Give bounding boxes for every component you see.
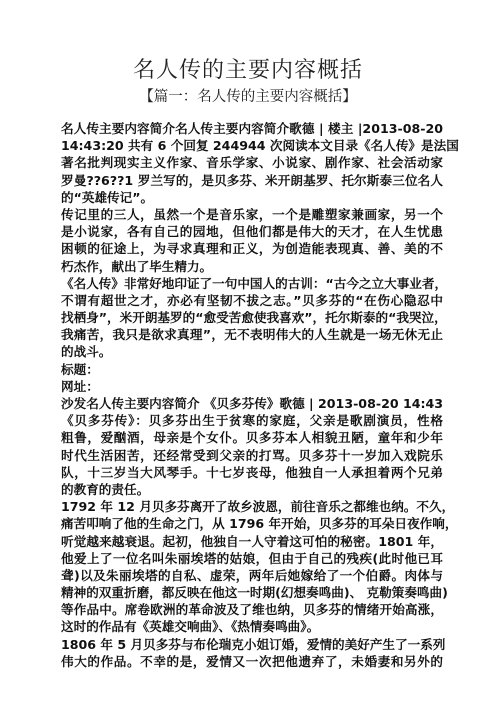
text-line: 我痛苦，我只是欲求真理”，无不表明伟大的人生就是一场无休无止 xyxy=(61,326,443,343)
text-line: 《贝多芬传》：贝多芬出生于贫寒的家庭，父亲是歌剧演员，性格 xyxy=(61,412,443,429)
text-line: 精神的双重折磨，都反映在他这一时期(幻想奏鸣曲)、 克勒策奏鸣曲) xyxy=(61,584,443,601)
text-line: 1806 年 5 月贝多芬与布伦瑞克小姐订婚，爱情的美好产生了一系列 xyxy=(61,636,443,653)
text-line: 困顿的征途上，为寻求真理和正义，为创造能表现真、善、美的不 xyxy=(61,240,443,257)
text-line: 传记里的三人，虽然一个是音乐家，一个是雕塑家兼画家，另一个 xyxy=(61,206,443,223)
text-line: 等作品中。席卷欧洲的革命波及了维也纳，贝多芬的情绪开始高涨， xyxy=(61,601,443,618)
text-line: 不谓有超世之才，亦必有坚韧不拔之志。”贝多芬的“在伤心隐忍中 xyxy=(61,292,443,309)
text-line: 1792 年 12 月贝多芬离开了故乡波恩，前往音乐之都维也纳。不久， xyxy=(61,498,443,515)
text-line: 聋)以及朱丽埃塔的自私、虚荣，两年后她嫁给了一个伯爵。肉体与 xyxy=(61,567,443,584)
text-line: 这时的作品有《英雄交响曲》、《热情奏鸣曲》。 xyxy=(61,618,443,635)
text-line: 听觉越来越衰退。起初，他独自一人守着这可怕的秘密。1801 年， xyxy=(61,533,443,550)
text-line: 沙发名人传主要内容简介 《贝多芬传》歌德 | 2013-08-20 14:43 xyxy=(61,395,443,412)
document-page: 名人传的主要内容概括 【篇一：名人传的主要内容概括】 名人传主要内容简介名人传主… xyxy=(0,0,496,702)
text-line: 的教育的责任。 xyxy=(61,481,443,498)
text-line: 著名批判现实主义作家、音乐学家、小说家、剧作家、社会活动家 xyxy=(61,154,443,171)
text-line: 的战斗。 xyxy=(61,343,443,360)
text-line: 的“英雄传记”。 xyxy=(61,189,443,206)
document-body: 名人传主要内容简介名人传主要内容简介歌德 | 楼主 |2013-08-20 14… xyxy=(61,120,443,670)
section-heading: 【篇一：名人传的主要内容概括】 xyxy=(0,88,496,106)
text-line: 他爱上了一位名叫朱丽埃塔的姑娘，但由于自己的残疾(此时他已耳 xyxy=(61,550,443,567)
text-line: 14:43:20 共有 6 个回复 244944 次阅读本文目录《名人传》是法国 xyxy=(61,137,443,154)
text-line: 是小说家，各有自己的园地，但他们都是伟大的天才，在人生忧患 xyxy=(61,223,443,240)
text-line: 痛苦叩响了他的生命之门，从 1796 年开始，贝多芬的耳朵日夜作响， xyxy=(61,515,443,532)
text-line: 找栖身”，米开朗基罗的“愈受苦愈使我喜欢”，托尔斯泰的“我哭泣， xyxy=(61,309,443,326)
text-line: 时代生活困苦，还经常受到父亲的打骂。贝多芬十一岁加入戏院乐 xyxy=(61,447,443,464)
text-line: 《名人传》非常好地印证了一句中国人的古训：“古今之立大事业者， xyxy=(61,275,443,292)
text-line: 粗鲁，爱酗酒，母亲是个女仆。贝多芬本人相貌丑陋，童年和少年 xyxy=(61,429,443,446)
text-line: 队，十三岁当大风琴手。十七岁丧母，他独自一人承担着两个兄弟 xyxy=(61,464,443,481)
document-title: 名人传的主要内容概括 xyxy=(0,58,496,84)
text-line: 罗曼??6??1 罗兰写的，是贝多芬、米开朗基罗、托尔斯泰三位名人 xyxy=(61,172,443,189)
text-line: 伟大的作品。不幸的是，爱情又一次把他遗弃了，未婚妻和另外的 xyxy=(61,653,443,670)
text-line: 朽杰作，献出了毕生精力。 xyxy=(61,258,443,275)
text-line: 名人传主要内容简介名人传主要内容简介歌德 | 楼主 |2013-08-20 xyxy=(61,120,443,137)
label-url: 网址： xyxy=(61,378,443,395)
label-title: 标题： xyxy=(61,361,443,378)
